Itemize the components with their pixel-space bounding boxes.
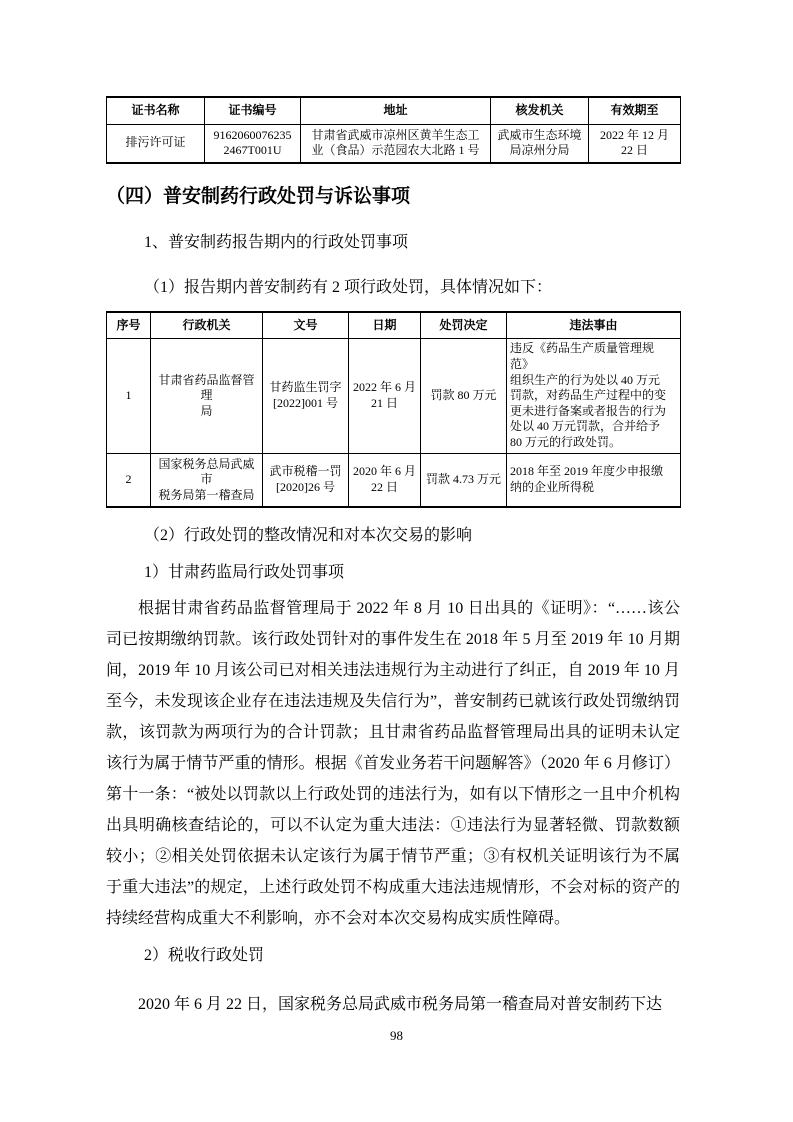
penalty-header-doc-no: 文号 <box>263 312 349 339</box>
cert-header-valid-until: 有效期至 <box>589 97 681 124</box>
penalty-doc-no-cell: 武市税稽一罚 [2020]26 号 <box>263 453 349 507</box>
cert-name-cell: 排污许可证 <box>107 124 205 163</box>
penalty-table-row-1: 1 甘肃省药品监督管理 局 甘药监生罚字 [2022]001 号 2022 年 … <box>107 339 681 453</box>
cert-header-authority: 核发机关 <box>491 97 589 124</box>
penalty-header-date: 日期 <box>349 312 421 339</box>
page-number: 98 <box>0 1028 793 1044</box>
cert-address-cell: 甘肃省武威市凉州区黄羊生态工 业（食品）示范园农大北路 1 号 <box>301 124 491 163</box>
penalty-agency-cell: 甘肃省药品监督管理 局 <box>151 339 263 453</box>
cert-number-cell: 9162060076235 2467T001U <box>205 124 301 163</box>
penalty-no-cell: 1 <box>107 339 151 453</box>
penalty-header-reason: 违法事由 <box>507 312 681 339</box>
section-heading: （四）普安制药行政处罚与诉讼事项 <box>106 185 680 208</box>
subheading-sub2: 2）税收行政处罚 <box>106 943 680 968</box>
subheading-item1: 1、普安制药报告期内的行政处罚事项 <box>106 230 680 255</box>
penalty-date-cell: 2022 年 6 月 21 日 <box>349 339 421 453</box>
paragraph-tax-penalty: 2020 年 6 月 22 日，国家税务总局武威市税务局第一稽查局对普安制药下达 <box>106 989 680 1020</box>
subheading-item1-2: （2）行政处罚的整改情况和对本次交易的影响 <box>106 523 680 548</box>
cert-valid-until-cell: 2022 年 12 月 22 日 <box>589 124 681 163</box>
penalty-decision-cell: 罚款 80 万元 <box>421 339 507 453</box>
cert-header-name: 证书名称 <box>107 97 205 124</box>
certificate-table-row: 排污许可证 9162060076235 2467T001U 甘肃省武威市凉州区黄… <box>107 124 681 163</box>
paragraph-gansu-penalty: 根据甘肃省药品监督管理局于 2022 年 8 月 10 日出具的《证明》：“……… <box>106 593 680 934</box>
penalty-agency-cell: 国家税务总局武威市 税务局第一稽查局 <box>151 453 263 507</box>
certificate-table: 证书名称 证书编号 地址 核发机关 有效期至 排污许可证 91620600762… <box>106 96 681 164</box>
penalty-decision-cell: 罚款 4.73 万元 <box>421 453 507 507</box>
cert-authority-cell: 武威市生态环境 局凉州分局 <box>491 124 589 163</box>
penalty-reason-cell: 2018 年至 2019 年度少申报缴 纳的企业所得税 <box>507 453 681 507</box>
penalty-table-header-row: 序号 行政机关 文号 日期 处罚决定 违法事由 <box>107 312 681 339</box>
penalty-table-row-2: 2 国家税务总局武威市 税务局第一稽查局 武市税稽一罚 [2020]26 号 2… <box>107 453 681 507</box>
penalty-header-agency: 行政机关 <box>151 312 263 339</box>
penalty-reason-cell: 违反《药品生产质量管理规范》 组织生产的行为处以 40 万元 罚款，对药品生产过… <box>507 339 681 453</box>
cert-header-address: 地址 <box>301 97 491 124</box>
penalty-header-decision: 处罚决定 <box>421 312 507 339</box>
penalty-header-no: 序号 <box>107 312 151 339</box>
cert-header-number: 证书编号 <box>205 97 301 124</box>
document-page: 证书名称 证书编号 地址 核发机关 有效期至 排污许可证 91620600762… <box>0 0 793 1122</box>
penalty-table: 序号 行政机关 文号 日期 处罚决定 违法事由 1 甘肃省药品监督管理 局 甘药… <box>106 311 681 509</box>
penalty-doc-no-cell: 甘药监生罚字 [2022]001 号 <box>263 339 349 453</box>
page-content: 证书名称 证书编号 地址 核发机关 有效期至 排污许可证 91620600762… <box>106 96 680 1020</box>
penalty-no-cell: 2 <box>107 453 151 507</box>
penalty-date-cell: 2020 年 6 月 22 日 <box>349 453 421 507</box>
certificate-table-header-row: 证书名称 证书编号 地址 核发机关 有效期至 <box>107 97 681 124</box>
subheading-sub1: 1）甘肃药监局行政处罚事项 <box>106 560 680 585</box>
subheading-item1-1: （1）报告期内普安制药有 2 项行政处罚，具体情况如下： <box>106 275 680 300</box>
